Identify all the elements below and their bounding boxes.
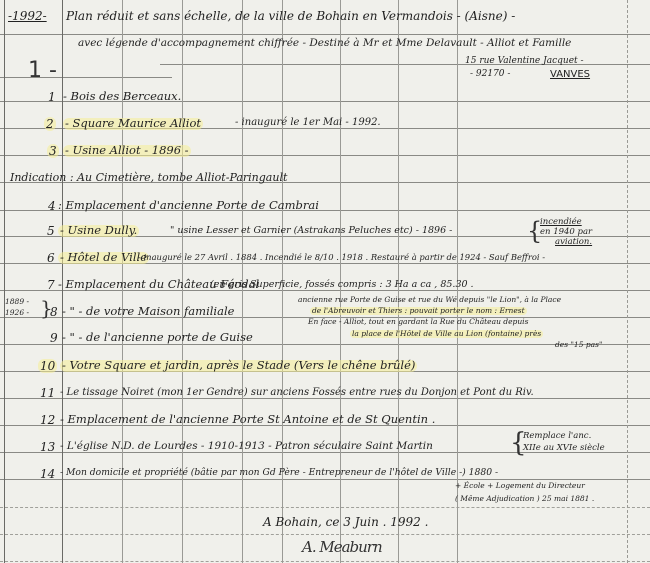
- rule-line: [0, 534, 650, 535]
- legend-extra: (en gris Superficie, fossés compris : 3 …: [210, 280, 474, 290]
- column-line: [627, 0, 628, 563]
- legend-number: 9: [50, 331, 58, 345]
- address-street: 15 rue Valentine Jacquet -: [465, 57, 584, 66]
- title-line-1: Plan réduit et sans échelle, de la ville…: [66, 10, 515, 22]
- legend-number: 14: [40, 467, 55, 481]
- annotation-line: de l'Abreuvoir et Thiers : pouvait porte…: [310, 307, 527, 315]
- legend-number: 13: [40, 440, 55, 454]
- rule-line: [0, 479, 650, 480]
- legend-text: - Hôtel de Ville: [58, 252, 149, 264]
- indication-text: Indication : Au Cimetière, tombe Alliot-…: [10, 172, 287, 183]
- address-postcode: - 92170 -: [470, 70, 510, 79]
- annotation-line: ancienne rue Porte de Guise et rue du Wé…: [298, 296, 561, 304]
- legend-number: 5: [47, 224, 55, 238]
- rule-line: [0, 77, 172, 78]
- legend-number: 3: [47, 144, 59, 158]
- legend-note: Remplace l'anc.: [523, 432, 591, 441]
- legend-text: - " - de l'ancienne porte de Guise: [62, 332, 253, 344]
- legend-text: - " - de votre Maison familiale: [62, 306, 234, 318]
- legend-text: - L'église N.D. de Lourdes - 1910-1913 -…: [60, 441, 433, 452]
- legend-text: - Votre Square et jardin, après le Stade…: [60, 360, 417, 372]
- legend-note: incendiée: [540, 218, 582, 227]
- legend-text: - Emplacement de l'ancienne Porte St Ant…: [60, 414, 435, 426]
- rule-line: [0, 507, 650, 508]
- legend-number: 10: [38, 359, 57, 373]
- margin-line: [4, 0, 5, 563]
- legend-number: 6: [47, 251, 55, 265]
- legend-number: 8: [50, 305, 58, 319]
- legend-number: 2: [44, 117, 56, 131]
- legend-text: : Emplacement d'ancienne Porte de Cambra…: [58, 200, 319, 212]
- legend-text: - Square Maurice Alliot: [63, 118, 203, 130]
- legend-extra: - inauguré le 1er Mai - 1992.: [235, 118, 381, 128]
- legend-text: - Bois des Berceaux.: [63, 91, 181, 103]
- legend-number: 4: [48, 199, 56, 213]
- legend-note: aviation.: [555, 238, 592, 247]
- side-date: 1889 -: [5, 298, 29, 306]
- annotation-line: En face - Alliot, tout en gardant la Rue…: [308, 318, 528, 326]
- place-date: A Bohain, ce 3 Juin . 1992 .: [263, 516, 428, 528]
- legend-text: - Le tissage Noiret (mon 1er Gendre) sur…: [60, 388, 534, 398]
- legend-number: 1: [48, 90, 56, 104]
- legend-number: 12: [40, 413, 55, 427]
- signature: A. Meaburn: [302, 538, 382, 556]
- legend-text: - Mon domicile et propriété (bâtie par m…: [60, 468, 498, 477]
- legend-note: en 1940 par: [540, 228, 592, 237]
- legend-number: 11: [40, 386, 55, 400]
- title-line-2: avec légende d'accompagnement chiffrée -…: [78, 38, 571, 49]
- legend-note: ( Même Adjudication ) 25 mai 1881 .: [455, 495, 594, 503]
- annotation-line: la place de l'Hôtel de Ville au Lion (fo…: [350, 330, 543, 338]
- rule-line: [0, 344, 650, 345]
- handwritten-legend-page: -1992- Plan réduit et sans échelle, de l…: [0, 0, 650, 563]
- annotation-line: des "15 pas": [555, 341, 602, 349]
- legend-text: - Usine Dully.: [58, 225, 139, 237]
- year-label: -1992-: [8, 10, 47, 22]
- legend-number: 7: [47, 278, 55, 292]
- legend-note: XIIe au XVIe siècle: [523, 444, 605, 453]
- legend-extra: " usine Lesser et Garnier (Astrakans Pel…: [170, 226, 452, 236]
- page-number: 1 -: [28, 58, 57, 83]
- side-date: 1926 -: [5, 309, 29, 317]
- rule-line: [0, 561, 650, 562]
- legend-extra: - inauguré le 27 Avril . 1884 . Incendié…: [138, 253, 545, 261]
- rule-line: [0, 34, 650, 35]
- legend-note: + École + Logement du Directeur: [455, 482, 585, 490]
- legend-text: - Usine Alliot - 1896 -: [63, 145, 191, 157]
- address-city: VANVES: [550, 70, 590, 80]
- rule-line: [0, 398, 650, 399]
